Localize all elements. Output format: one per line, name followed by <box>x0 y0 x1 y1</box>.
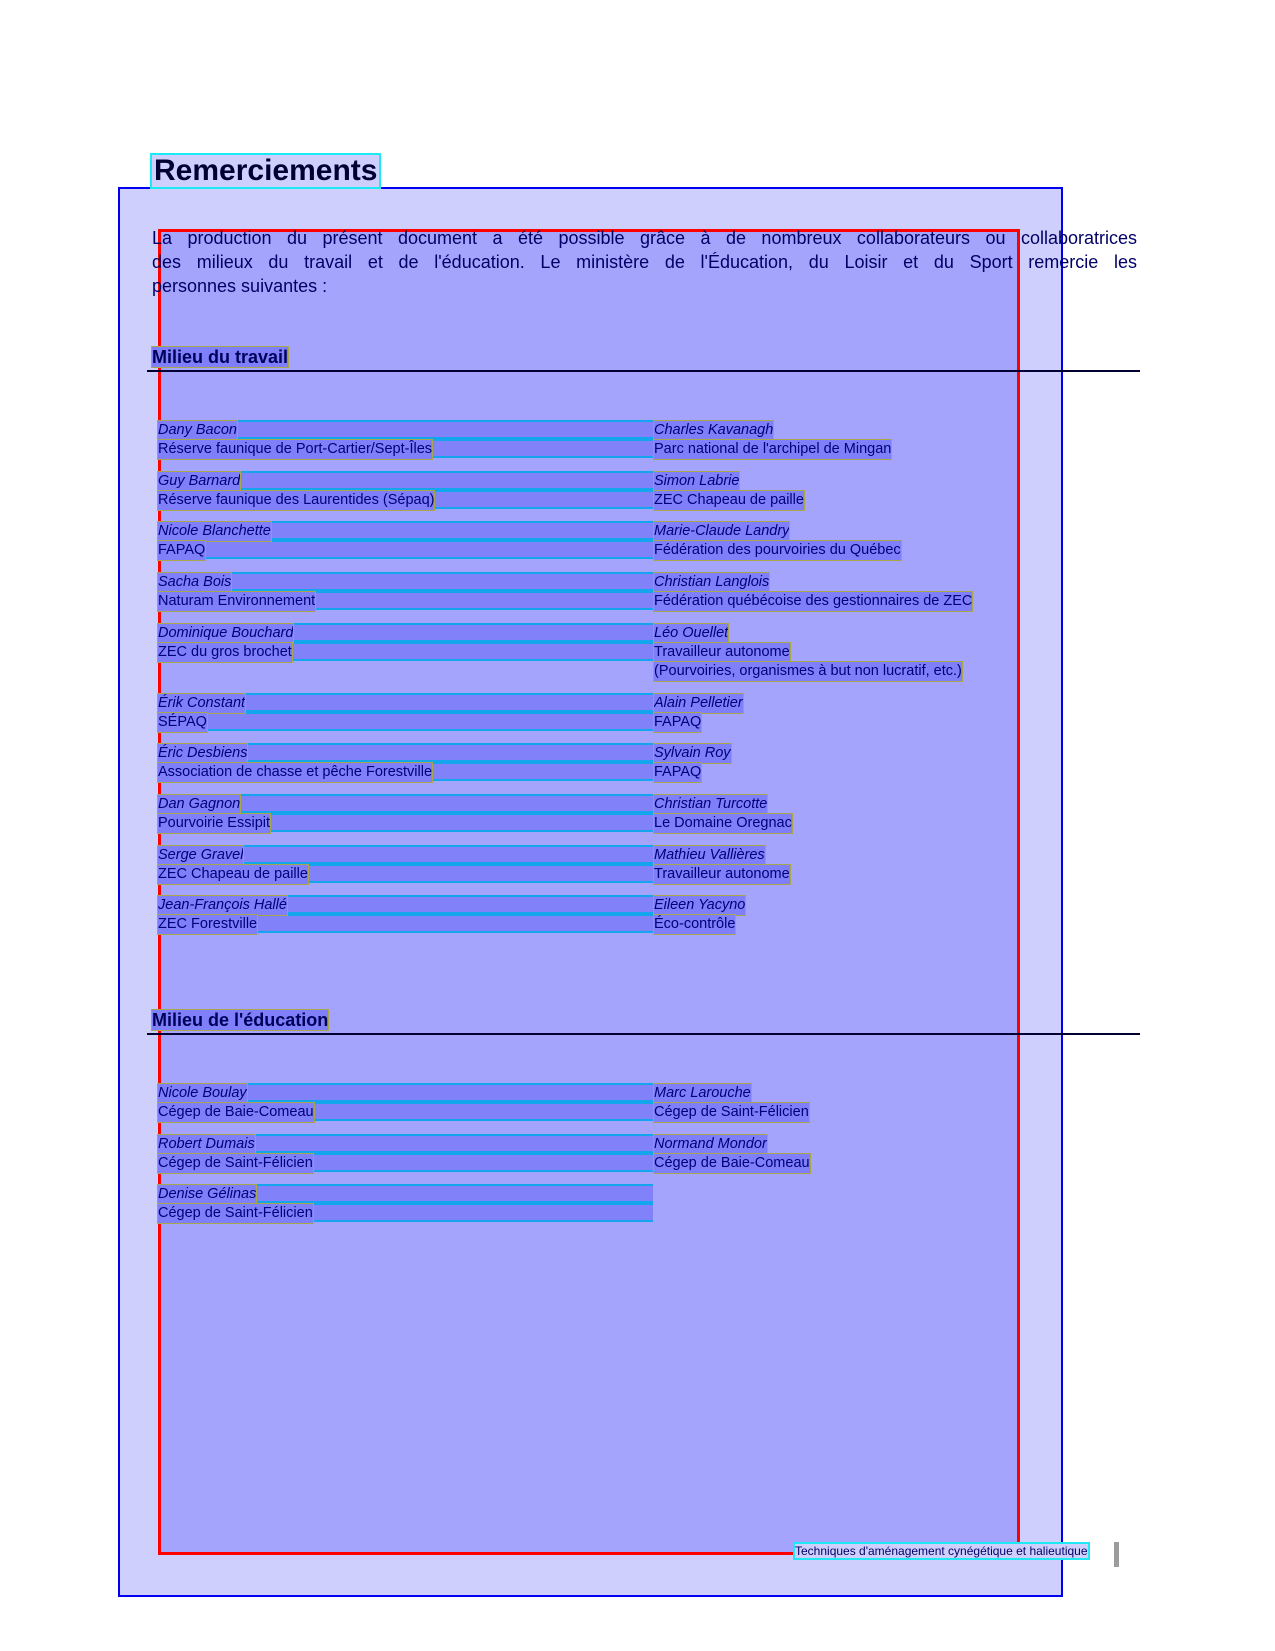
contributor-entry: Nicole BlanchetteFAPAQ <box>158 522 271 560</box>
contributor-name: Alain Pelletier <box>654 694 743 713</box>
contributor-name: Sacha Bois <box>158 573 231 592</box>
contributor-entry: Érik ConstantSÉPAQ <box>158 694 245 732</box>
contributor-organization: ZEC du gros brochet <box>158 643 292 662</box>
contributor-name: Éric Desbiens <box>158 744 247 763</box>
intro-line: personnes suivantes : <box>152 274 1137 298</box>
contributor-entry: Sylvain RoyFAPAQ <box>654 744 731 782</box>
contributor-organization: Cégep de Baie-Comeau <box>158 1103 314 1122</box>
contributor-name: Christian Turcotte <box>654 795 767 814</box>
contributor-name: Charles Kavanagh <box>654 421 773 440</box>
contributor-organization: Cégep de Saint-Félicien <box>654 1103 809 1122</box>
contributor-entry: Guy BarnardRéserve faunique des Laurenti… <box>158 472 434 510</box>
contributor-name: Simon Labrie <box>654 472 739 491</box>
page-title: Remerciements <box>152 155 379 187</box>
contributor-organization: Association de chasse et pêche Forestvil… <box>158 763 432 782</box>
contributor-name: Robert Dumais <box>158 1135 255 1154</box>
intro-line: des milieux du travail et de l'éducation… <box>152 250 1137 274</box>
contributor-organization: FAPAQ <box>654 763 701 782</box>
contributor-organization: FAPAQ <box>158 541 205 560</box>
contributor-organization: Réserve faunique de Port-Cartier/Sept-Îl… <box>158 440 432 459</box>
contributor-name: Serge Gravel <box>158 846 243 865</box>
contributor-name: Dan Gagnon <box>158 795 240 814</box>
contributor-organization: ZEC Chapeau de paille <box>158 865 308 884</box>
contributor-entry: Dan GagnonPourvoirie Essipit <box>158 795 270 833</box>
contributor-organization: Travailleur autonome <box>654 643 790 662</box>
contributor-name: Denise Gélinas <box>158 1185 256 1204</box>
contributor-entry: Normand MondorCégep de Baie-Comeau <box>654 1135 810 1173</box>
section-heading-travail: Milieu du travail <box>152 347 288 367</box>
contributor-name: Sylvain Roy <box>654 744 731 763</box>
contributor-name: Dominique Bouchard <box>158 624 293 643</box>
intro-paragraph: La production du présent document a été … <box>152 226 1137 298</box>
contributor-entry: Éric DesbiensAssociation de chasse et pê… <box>158 744 432 782</box>
contributor-entry: Mathieu VallièresTravailleur autonome <box>654 846 790 884</box>
contributor-name: Nicole Blanchette <box>158 522 271 541</box>
contributor-name: Normand Mondor <box>654 1135 767 1154</box>
contributor-organization: Cégep de Saint-Félicien <box>158 1204 313 1223</box>
contributor-organization: Éco-contrôle <box>654 915 735 934</box>
page-marker <box>1114 1542 1119 1567</box>
contributor-entry: Dany BaconRéserve faunique de Port-Carti… <box>158 421 432 459</box>
section-divider <box>147 1033 1140 1035</box>
contributor-entry: Simon LabrieZEC Chapeau de paille <box>654 472 804 510</box>
contributor-organization: Réserve faunique des Laurentides (Sépaq) <box>158 491 434 510</box>
contributor-name: Dany Bacon <box>158 421 237 440</box>
contributor-name: Marc Larouche <box>654 1084 751 1103</box>
contributor-organization: Pourvoirie Essipit <box>158 814 270 833</box>
contributor-organization: Cégep de Saint-Félicien <box>158 1154 313 1173</box>
contributor-name: Nicole Boulay <box>158 1084 247 1103</box>
contributor-entry: Jean-François HalléZEC Forestville <box>158 896 287 934</box>
contributor-entry: Nicole BoulayCégep de Baie-Comeau <box>158 1084 314 1122</box>
contributor-entry: Marie-Claude LandryFédération des pourvo… <box>654 522 901 560</box>
contributor-entry: Robert DumaisCégep de Saint-Félicien <box>158 1135 313 1173</box>
contributor-organization: Le Domaine Oregnac <box>654 814 792 833</box>
contributor-name: Léo Ouellet <box>654 624 728 643</box>
contributor-entry: Alain PelletierFAPAQ <box>654 694 743 732</box>
contributor-organization: Fédération des pourvoiries du Québec <box>654 541 901 560</box>
contributor-organization: Travailleur autonome <box>654 865 790 884</box>
contributor-entry: Léo OuelletTravailleur autonome(Pourvoir… <box>654 624 962 681</box>
contributor-entry: Denise GélinasCégep de Saint-Félicien <box>158 1185 313 1223</box>
contributor-name: Christian Langlois <box>654 573 769 592</box>
contributor-name: Guy Barnard <box>158 472 240 491</box>
section-heading-education: Milieu de l'éducation <box>152 1010 328 1030</box>
contributor-entry: Marc LaroucheCégep de Saint-Félicien <box>654 1084 809 1122</box>
contributor-organization: SÉPAQ <box>158 713 207 732</box>
contributor-organization: Cégep de Baie-Comeau <box>654 1154 810 1173</box>
contributor-organization: ZEC Forestville <box>158 915 257 934</box>
contributor-entry: Charles KavanaghParc national de l'archi… <box>654 421 891 459</box>
contributor-entry: Serge GravelZEC Chapeau de paille <box>158 846 308 884</box>
contributor-name: Mathieu Vallières <box>654 846 765 865</box>
contributor-organization-detail: (Pourvoiries, organismes à but non lucra… <box>654 662 962 681</box>
contributor-entry: Christian TurcotteLe Domaine Oregnac <box>654 795 792 833</box>
contributor-organization: ZEC Chapeau de paille <box>654 491 804 510</box>
contributor-entry: Dominique BouchardZEC du gros brochet <box>158 624 293 662</box>
page-footer: Techniques d'aménagement cynégétique et … <box>795 1544 1088 1558</box>
contributor-entry: Christian LangloisFédération québécoise … <box>654 573 972 611</box>
contributor-name: Marie-Claude Landry <box>654 522 789 541</box>
section-divider <box>147 370 1140 372</box>
contributor-entry: Sacha BoisNaturam Environnement <box>158 573 315 611</box>
contributor-organization: Naturam Environnement <box>158 592 315 611</box>
document-page: Remerciements La production du présent d… <box>0 0 1275 1651</box>
contributor-name: Jean-François Hallé <box>158 896 287 915</box>
intro-line: La production du présent document a été … <box>152 226 1137 250</box>
contributor-organization: FAPAQ <box>654 713 701 732</box>
contributor-name: Érik Constant <box>158 694 245 713</box>
contributor-organization: Parc national de l'archipel de Mingan <box>654 440 891 459</box>
contributor-organization: Fédération québécoise des gestionnaires … <box>654 592 972 611</box>
contributor-entry: Eileen YacynoÉco-contrôle <box>654 896 745 934</box>
contributor-name: Eileen Yacyno <box>654 896 745 915</box>
